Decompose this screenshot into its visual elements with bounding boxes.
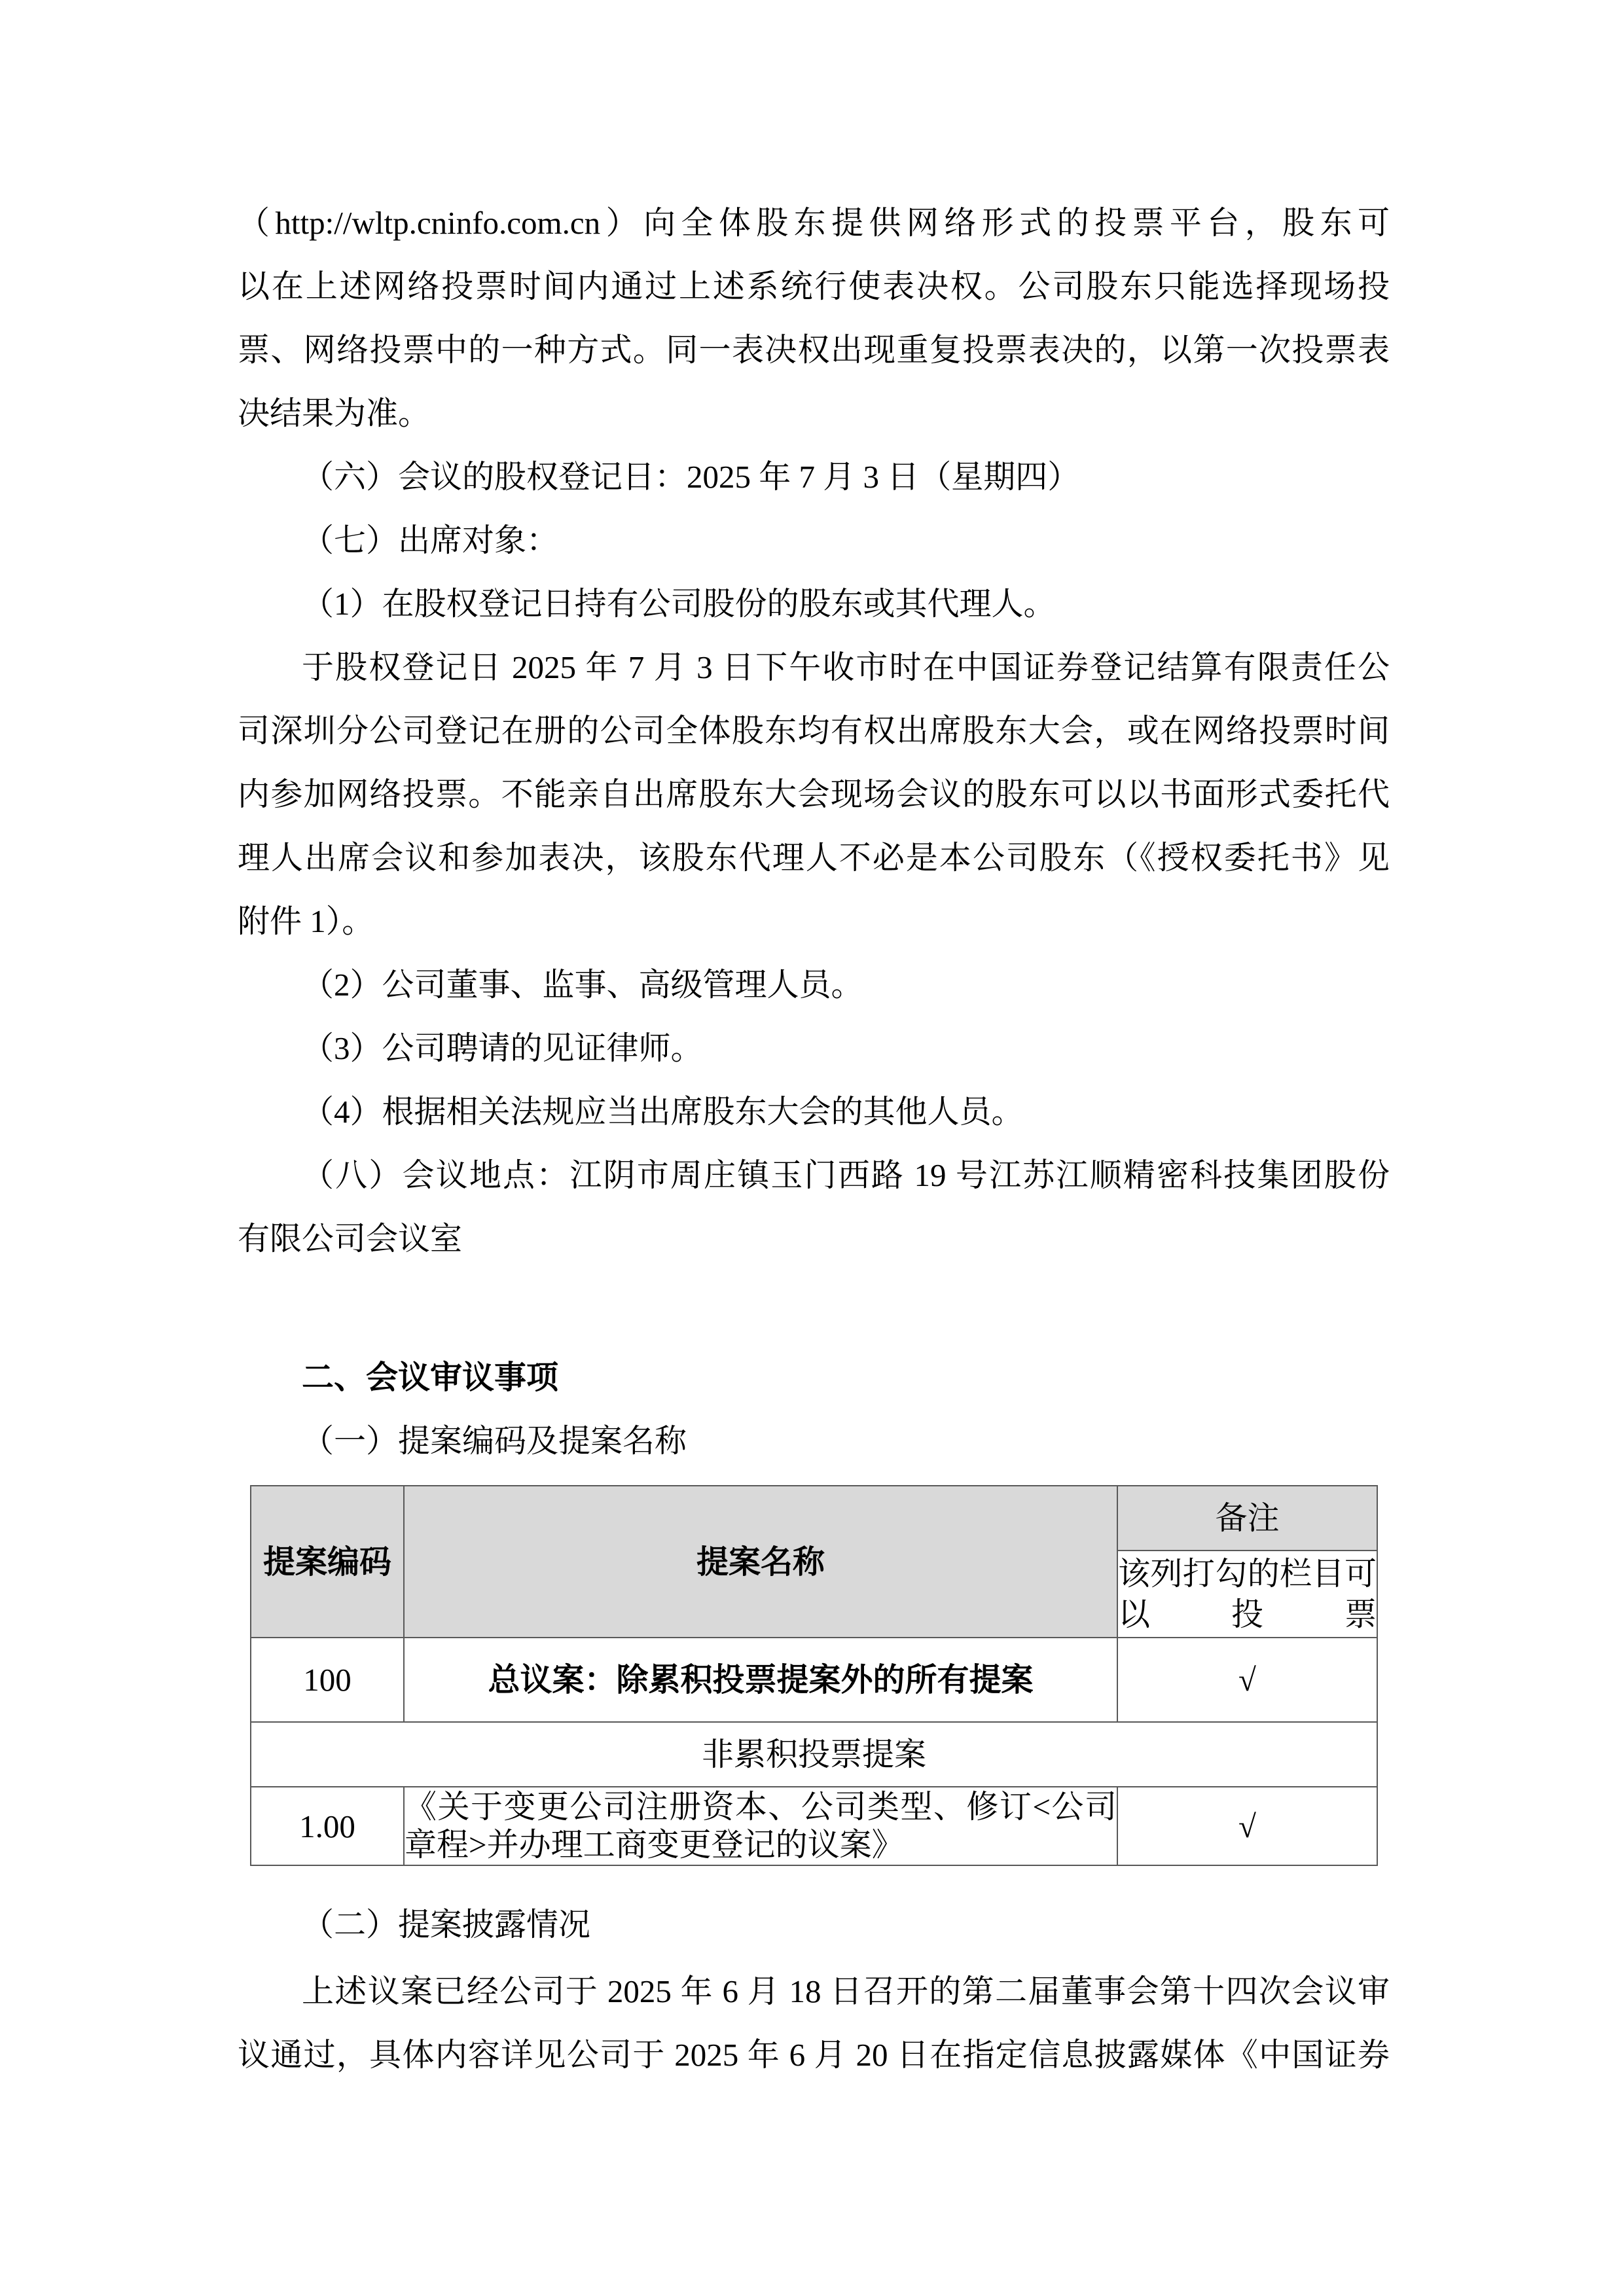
table-row-general: 100 总议案：除累积投票提案外的所有提案 √ bbox=[251, 1638, 1377, 1722]
proposal-code: 100 bbox=[251, 1638, 404, 1722]
proposal-code: 1.00 bbox=[251, 1787, 404, 1865]
paragraph-line: 决结果为准。 bbox=[238, 382, 1390, 445]
document-content: （http://wltp.cninfo.com.cn）向全体股东提供网络形式的投… bbox=[238, 191, 1390, 2087]
table-header-remark-note: 该列打勾的栏目可以投票 bbox=[1117, 1551, 1377, 1638]
paragraph-line: 理人出席会议和参加表决，该股东代理人不必是本公司股东（《授权委托书》见 bbox=[238, 826, 1390, 889]
table-section-divider-row: 非累积投票提案 bbox=[251, 1722, 1377, 1787]
document-page: （http://wltp.cninfo.com.cn）向全体股东提供网络形式的投… bbox=[0, 0, 1624, 2296]
proposal-name: 总议案：除累积投票提案外的所有提案 bbox=[404, 1638, 1117, 1722]
paragraph-line: 上述议案已经公司于 2025 年 6 月 18 日召开的第二届董事会第十四次会议… bbox=[238, 1960, 1390, 2023]
proposal-name: 《关于变更公司注册资本、公司类型、修订<公司章程>并办理工商变更登记的议案》 bbox=[404, 1787, 1117, 1865]
list-item-2: （2）公司董事、监事、高级管理人员。 bbox=[238, 953, 1390, 1016]
subsection-heading: （二）提案披露情况 bbox=[238, 1893, 1390, 1956]
paragraph-line: 议通过，具体内容详见公司于 2025 年 6 月 20 日在指定信息披露媒体《中… bbox=[238, 2023, 1390, 2087]
paragraph-line: 附件 1）。 bbox=[238, 889, 1390, 953]
table-header-row: 提案编码 提案名称 备注 bbox=[251, 1486, 1377, 1551]
vote-checkmark: √ bbox=[1117, 1638, 1377, 1722]
table-header-remark: 备注 bbox=[1117, 1486, 1377, 1551]
table-row-proposal-1: 1.00 《关于变更公司注册资本、公司类型、修订<公司章程>并办理工商变更登记的… bbox=[251, 1787, 1377, 1865]
table-header-name: 提案名称 bbox=[404, 1486, 1117, 1638]
list-item-6: （六）会议的股权登记日：2025 年 7 月 3 日（星期四） bbox=[238, 445, 1390, 509]
vote-checkmark: √ bbox=[1117, 1787, 1377, 1865]
paragraph-line: 于股权登记日 2025 年 7 月 3 日下午收市时在中国证券登记结算有限责任公 bbox=[238, 636, 1390, 699]
proposals-table: 提案编码 提案名称 备注 该列打勾的栏目可以投票 100 总议案：除累积投票提案… bbox=[250, 1485, 1378, 1866]
paragraph-line: 司深圳分公司登记在册的公司全体股东均有权出席股东大会，或在网络投票时间 bbox=[238, 699, 1390, 762]
paragraph-line: 票、网络投票中的一种方式。同一表决权出现重复投票表决的，以第一次投票表 bbox=[238, 318, 1390, 382]
list-item-4: （4）根据相关法规应当出席股东大会的其他人员。 bbox=[238, 1080, 1390, 1143]
subsection-heading: （一）提案编码及提案名称 bbox=[238, 1409, 1390, 1473]
section-heading: 二、会议审议事项 bbox=[238, 1346, 1390, 1409]
paragraph-line: （http://wltp.cninfo.com.cn）向全体股东提供网络形式的投… bbox=[238, 191, 1390, 255]
list-item-1: （1）在股权登记日持有公司股份的股东或其代理人。 bbox=[238, 572, 1390, 636]
paragraph-line: 以在上述网络投票时间内通过上述系统行使表决权。公司股东只能选择现场投 bbox=[238, 255, 1390, 318]
list-item-3: （3）公司聘请的见证律师。 bbox=[238, 1016, 1390, 1080]
table-header-code: 提案编码 bbox=[251, 1486, 404, 1638]
paragraph-line: 内参加网络投票。不能亲自出席股东大会现场会议的股东可以以书面形式委托代 bbox=[238, 762, 1390, 826]
paragraph-line: 有限公司会议室 bbox=[238, 1207, 1390, 1270]
table-section-divider: 非累积投票提案 bbox=[251, 1722, 1377, 1787]
list-item-8: （八）会议地点：江阴市周庄镇玉门西路 19 号江苏江顺精密科技集团股份 bbox=[238, 1143, 1390, 1207]
list-item-7: （七）出席对象： bbox=[238, 509, 1390, 572]
